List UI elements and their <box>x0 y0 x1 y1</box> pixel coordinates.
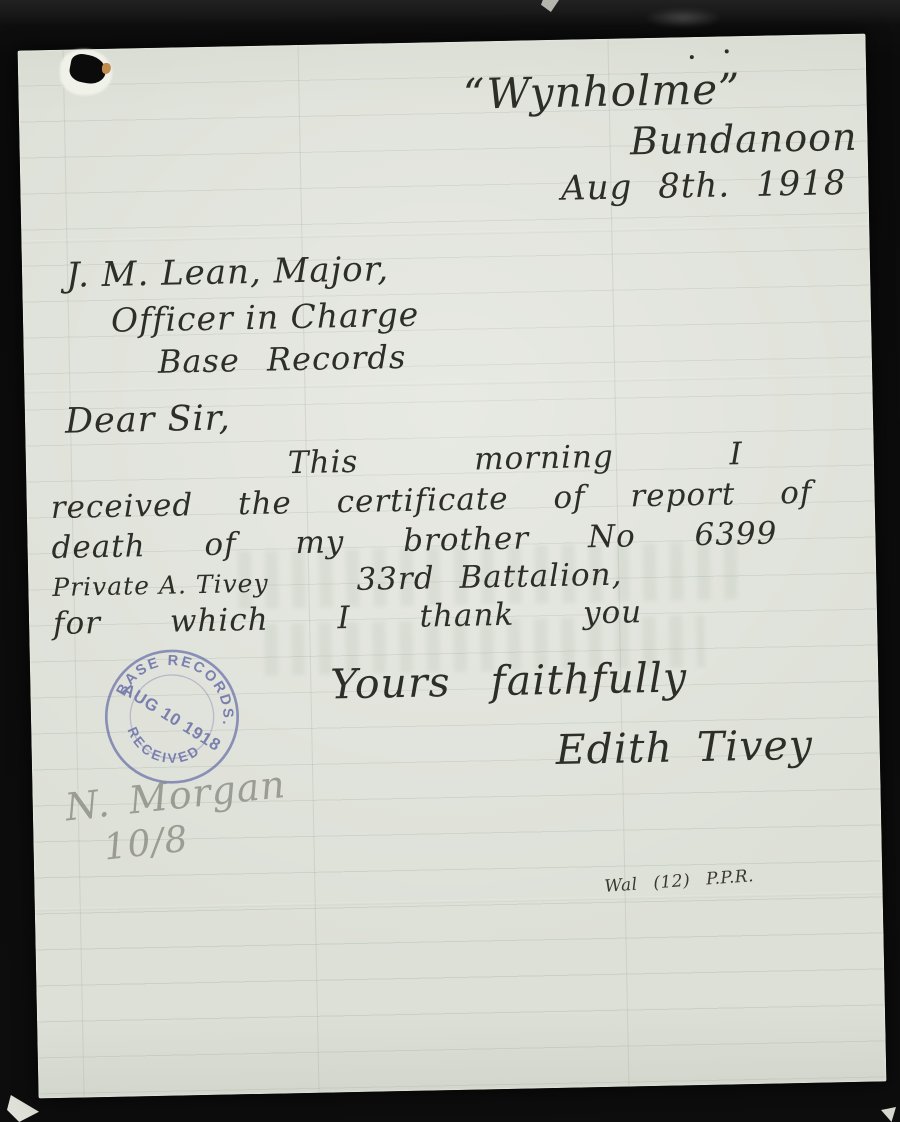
registry-reference-note: Wal (12) P.P.R. <box>604 866 755 897</box>
border-smudge <box>644 8 722 28</box>
paper-crease <box>21 224 869 244</box>
ink-speck <box>725 49 729 53</box>
recipient-office: Base Records <box>157 338 420 381</box>
battalion: 33rd Battalion, <box>356 557 623 598</box>
salutation: Dear Sir, <box>65 398 231 441</box>
letter-page: “Wynholme” Bundanoon Aug 8th. 1918 J. M.… <box>18 34 887 1099</box>
letterhead-date: Aug 8th. 1918 <box>464 163 846 211</box>
ink-speck <box>690 55 694 59</box>
recipient-name: J. M. Lean, Major, <box>66 249 419 296</box>
signature: Edith Tivey <box>555 721 813 774</box>
soldier-name: Private A. Tivey <box>52 569 269 602</box>
letter-body: This morning I received the certificate … <box>50 432 860 644</box>
recipient-title: Officer in Charge <box>111 295 420 340</box>
pencil-annotation: N. Morgan 10/8 <box>63 762 292 872</box>
recipient-block: J. M. Lean, Major, Officer in Charge Bas… <box>66 249 421 383</box>
letterhead-block: “Wynholme” Bundanoon Aug 8th. 1918 <box>462 62 860 211</box>
closing-phrase: Yours faithfully <box>330 653 688 708</box>
paper-crease <box>35 891 883 911</box>
letterhead-house-name: “Wynholme” <box>462 64 741 119</box>
letterhead-town: Bundanoon <box>464 115 858 167</box>
